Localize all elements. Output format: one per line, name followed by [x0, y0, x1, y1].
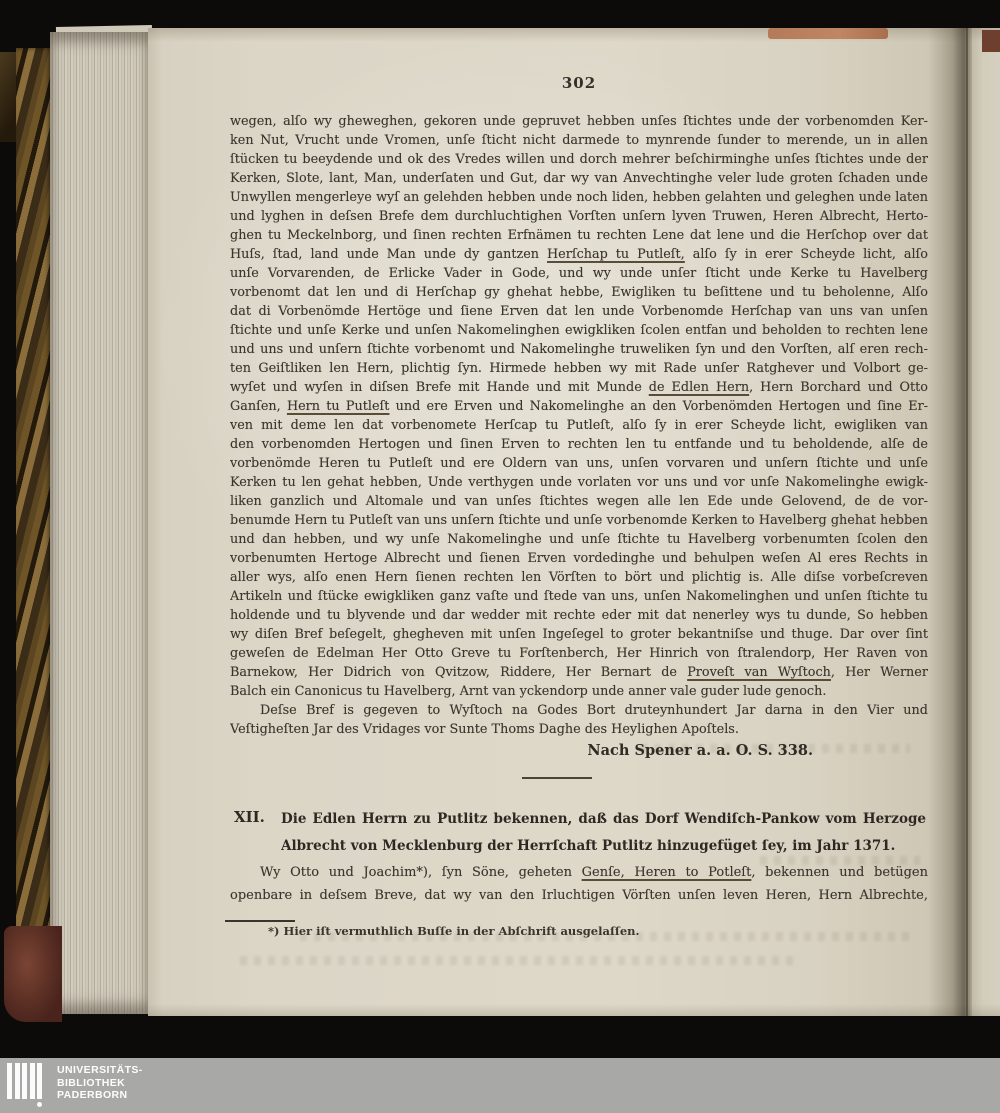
- text-line: und uns und unſern ſtichte vorbenomt und…: [230, 340, 928, 359]
- logo-bars: [7, 1063, 47, 1099]
- book-cover-marbled-edge: [16, 48, 52, 1010]
- text-line: benumde Hern tu Putleſt van uns unſern ſ…: [230, 511, 928, 530]
- text-line: Veſtigheſten Jar des Vridages vor Sunte …: [230, 720, 928, 739]
- text-line: aller wys, alſo enen Hern ſienen rechten…: [230, 568, 928, 587]
- document2-body: Wy Otto und Joachim*), ſyn Söne, geheten…: [230, 861, 928, 907]
- text-line: Wy Otto und Joachim*), ſyn Söne, geheten…: [230, 861, 928, 884]
- library-name-line1: UNIVERSITÄTS-: [57, 1064, 143, 1077]
- text-line: wy diſen Bref beſegelt, ghegheven mit un…: [230, 625, 928, 644]
- text-line: vorbenömde Heren tu Putleſt und ere Olde…: [230, 454, 928, 473]
- text-line: Ganſen, Hern tu Putleſt und ere Erven un…: [230, 397, 928, 416]
- text-line: Balch ein Canonicus tu Havelberg, Arnt v…: [230, 682, 928, 701]
- document2-section-number: XII.: [234, 808, 265, 826]
- text-line: vorbenomt dat len und di Herſchap gy ghe…: [230, 283, 928, 302]
- document2-heading-line2: Albrecht von Mecklenburg der Herrſchaft …: [281, 833, 926, 860]
- text-line: und lyghen in deſsen Brefe dem durchluch…: [230, 207, 928, 226]
- text-line: wegen, alſo wy gheweghen, gekoren unde g…: [230, 112, 928, 131]
- leather-patch-top-right: [768, 28, 888, 39]
- text-line: wyſet und wyſen in diſsen Brefe mit Hand…: [230, 378, 928, 397]
- library-name: UNIVERSITÄTS- BIBLIOTHEK PADERBORN: [57, 1064, 143, 1102]
- text-line: Kerken, Slote, lant, Man, underſaten und…: [230, 169, 928, 188]
- text-line: dat di Vorbenömde Hertöge und ſiene Erve…: [230, 302, 928, 321]
- text-line: Deſse Bref is gegeven to Wyſtoch na Gode…: [230, 701, 928, 720]
- book-cover-leather-corner: [4, 926, 62, 1022]
- text-line: ken Nut, Vrucht unde Vromen, unſe ſticht…: [230, 131, 928, 150]
- hand-underlined-phrase: de Edlen Hern: [649, 380, 749, 395]
- text-line: vorbenumten Hertoge Albrecht und ſienen …: [230, 549, 928, 568]
- library-name-line2: BIBLIOTHEK: [57, 1077, 143, 1090]
- source-citation: Nach Spener a. a. O. S. 338.: [230, 742, 813, 759]
- page-stack-edge: [50, 32, 150, 1014]
- text-line: openbare in deſsem Breve, dat wy van den…: [230, 884, 928, 907]
- footnote-text: *) Hier iſt vermuthlich Buſſe in der Abſ…: [268, 924, 640, 938]
- text-line: Kerken tu len gehat hebben, Unde verthyg…: [230, 473, 928, 492]
- text-line: Unwyllen mengerleye wyſ an gelehden hebb…: [230, 188, 928, 207]
- text-line: ſtichte und unſe Kerke und unſen Nakomel…: [230, 321, 928, 340]
- bleedthrough-text: [240, 956, 800, 965]
- text-line: liken ganzlich und Altomale und van unſe…: [230, 492, 928, 511]
- library-name-line3: PADERBORN: [57, 1089, 143, 1102]
- library-footer-bar: [0, 1058, 1000, 1113]
- hand-underlined-phrase: Genſe, Heren to Potleſt: [582, 865, 752, 880]
- text-line: Barnekow, Her Didrich von Qvitzow, Ridde…: [230, 663, 928, 682]
- text-line: geweſen de Edelman Her Otto Greve tu For…: [230, 644, 928, 663]
- text-line: ſtücken tu beeydende und ok des Vredes w…: [230, 150, 928, 169]
- page-number: 302: [230, 74, 928, 92]
- document2-heading: Die Edlen Herrn zu Putlitz bekennen, daß…: [281, 806, 926, 860]
- document1-body: wegen, alſo wy gheweghen, gekoren unde g…: [230, 112, 928, 739]
- section-divider-rule: [522, 777, 592, 779]
- ub-paderborn-bars-logo-icon: [7, 1063, 47, 1107]
- text-line: den vorbenomden Hertogen und ſinen Erven…: [230, 435, 928, 454]
- hand-underlined-phrase: Proveſt van Wyſtoch: [687, 665, 831, 680]
- footnote-separator-rule: [225, 920, 295, 922]
- logo-dot: [37, 1102, 42, 1107]
- leather-corner-top-right: [982, 30, 1000, 52]
- hand-underlined-phrase: Hern tu Putleſt: [287, 399, 389, 414]
- text-line: unſe Vorvarenden, de Erlicke Vader in Go…: [230, 264, 928, 283]
- book-gutter-fold-line: [966, 28, 968, 1016]
- text-line: Artikeln und ſtücke ewigkliken ganz vaſt…: [230, 587, 928, 606]
- text-line: ghen tu Meckelnborg, und ſinen rechten E…: [230, 226, 928, 245]
- text-line: Huſs, ſtad, land unde Man unde dy gantze…: [230, 245, 928, 264]
- hand-underlined-phrase: Herſchap tu Putleſt,: [547, 247, 685, 262]
- text-line: holdende und tu blyvende und dar wedder …: [230, 606, 928, 625]
- text-line: ven mit deme len dat vorbenomete Herſcap…: [230, 416, 928, 435]
- text-line: und dan hebben, und wy unſe Nakomelinghe…: [230, 530, 928, 549]
- text-line: ten Geiſtliken len Hern, plichtig ſyn. H…: [230, 359, 928, 378]
- document2-heading-line1: Die Edlen Herrn zu Putlitz bekennen, daß…: [281, 806, 926, 833]
